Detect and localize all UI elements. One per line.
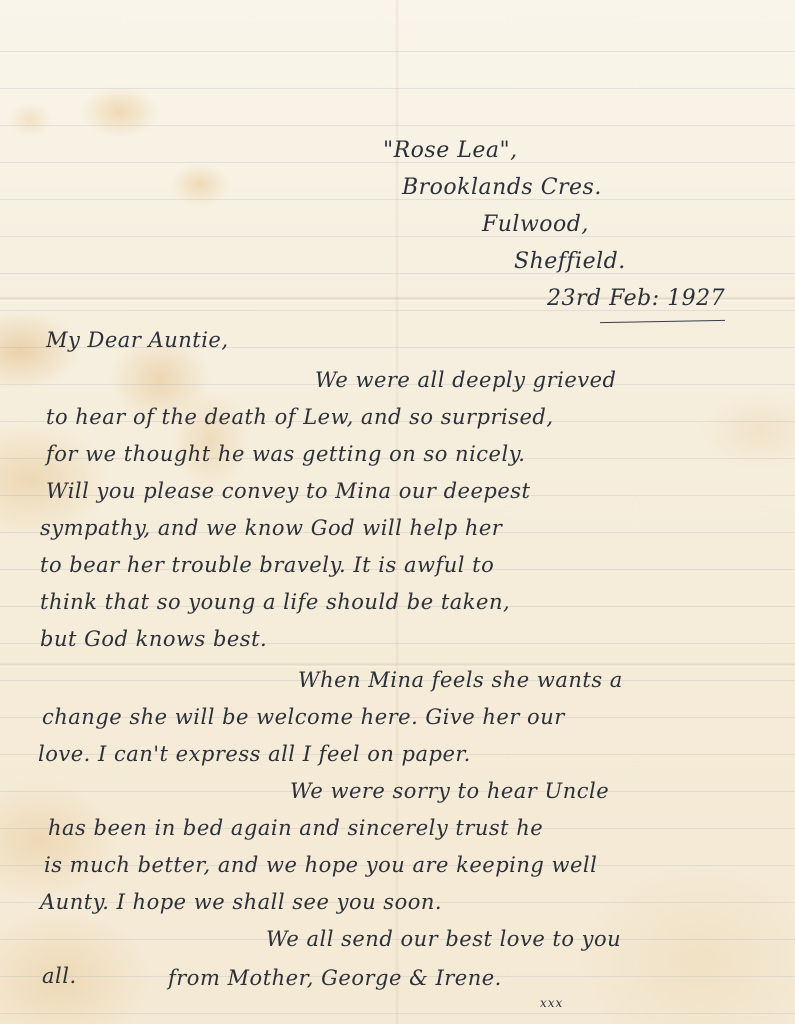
body-line: for we thought he was getting on so nice… xyxy=(46,444,525,465)
body-line: love. I can't express all I feel on pape… xyxy=(38,744,471,765)
body-line: Aunty. I hope we shall see you soon. xyxy=(40,892,442,913)
body-line: When Mina feels she wants a xyxy=(298,670,623,691)
body-line: think that so young a life should be tak… xyxy=(40,592,510,613)
kisses: xxx xyxy=(540,997,563,1009)
letter-date: 23rd Feb: 1927 xyxy=(547,288,725,310)
address-district: Fulwood, xyxy=(482,214,589,236)
body-line: has been in bed again and sincerely trus… xyxy=(48,818,543,839)
body-line: We all send our best love to you xyxy=(266,929,621,950)
body-line: Will you please convey to Mina our deepe… xyxy=(46,481,530,502)
body-line: to bear her trouble bravely. It is awful… xyxy=(40,555,494,576)
address-city: Sheffield. xyxy=(514,251,626,273)
letter-page: "Rose Lea", Brooklands Cres. Fulwood, Sh… xyxy=(0,0,795,1024)
body-line: change she will be welcome here. Give he… xyxy=(42,707,565,728)
body-line: is much better, and we hope you are keep… xyxy=(44,855,597,876)
closing-signature: from Mother, George & Irene. xyxy=(168,968,502,989)
body-line: but God knows best. xyxy=(40,629,267,650)
body-line: to hear of the death of Lew, and so surp… xyxy=(46,407,554,428)
address-street: Brooklands Cres. xyxy=(402,177,602,199)
salutation: My Dear Auntie, xyxy=(46,330,229,351)
body-line: sympathy, and we know God will help her xyxy=(40,518,502,539)
body-line: all. xyxy=(42,966,77,987)
body-line: We were sorry to hear Uncle xyxy=(290,781,609,802)
body-line: We were all deeply grieved xyxy=(315,370,617,391)
address-house-name: "Rose Lea", xyxy=(383,140,518,162)
